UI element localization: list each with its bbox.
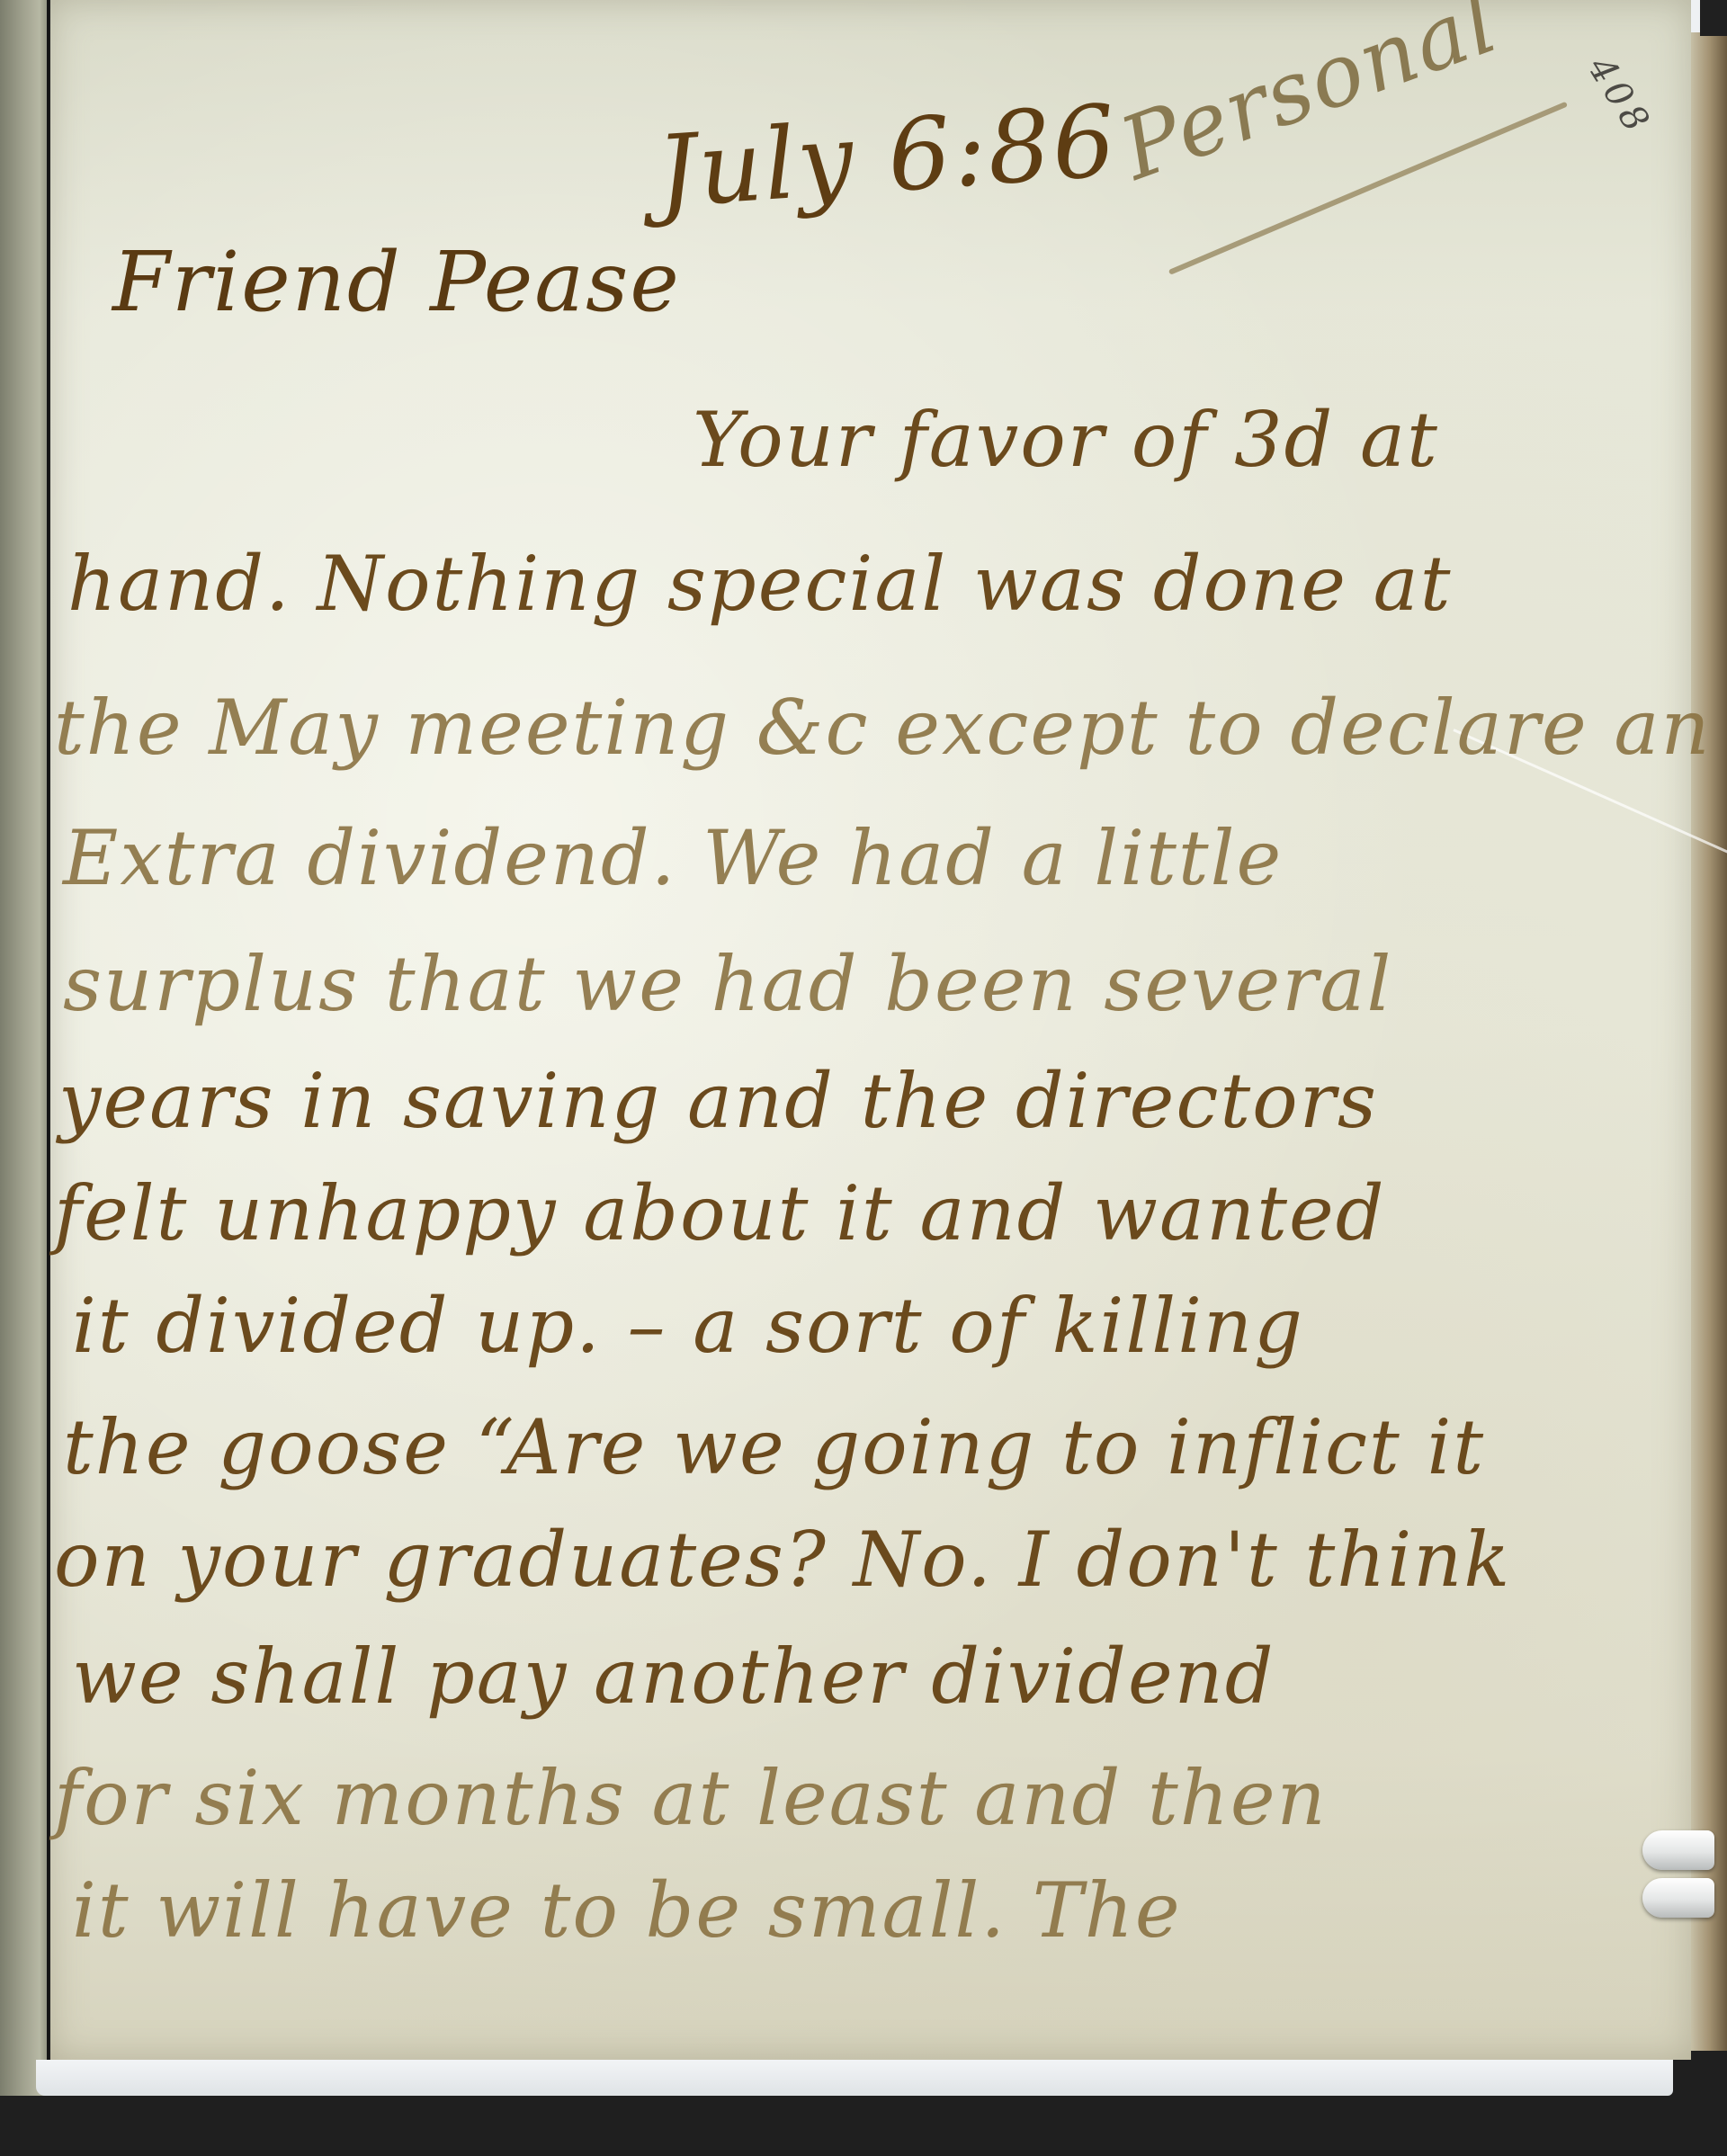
underlying-sheet-bottom [36,2060,1673,2096]
binding-gutter-line [47,0,49,2096]
salutation: Friend Pease [112,234,681,330]
book-edge-board [1691,27,1727,2051]
letter-line: for six months at least and then [54,1754,1328,1842]
letter-line: hand. Nothing special was done at [67,540,1452,628]
document-scan: 408 July 6:86 Personal Friend Pease Your… [0,0,1727,2156]
book-binding [0,0,49,2096]
background-corner [1700,0,1727,36]
binding-clip [1642,1830,1714,1870]
letter-line: it divided up. – a sort of killing [72,1282,1304,1370]
letter-line: felt unhappy about it and wanted [54,1169,1385,1257]
binding-clip [1642,1878,1714,1918]
letter-line: it will have to be small. The [72,1866,1182,1955]
letter-line: the goose “Are we going to inflict it [63,1403,1485,1491]
letter-line: we shall pay another dividend [72,1633,1275,1721]
letter-line: on your graduates? No. I don't think [54,1516,1511,1604]
letter-line: Extra dividend. We had a little [63,814,1283,902]
letter-line: Your favor of 3d at [693,396,1439,484]
letter-line: the May meeting &c except to declare an [54,684,1712,772]
letter-line: surplus that we had been several [63,940,1392,1028]
letter-line: years in saving and the directors [58,1057,1378,1145]
